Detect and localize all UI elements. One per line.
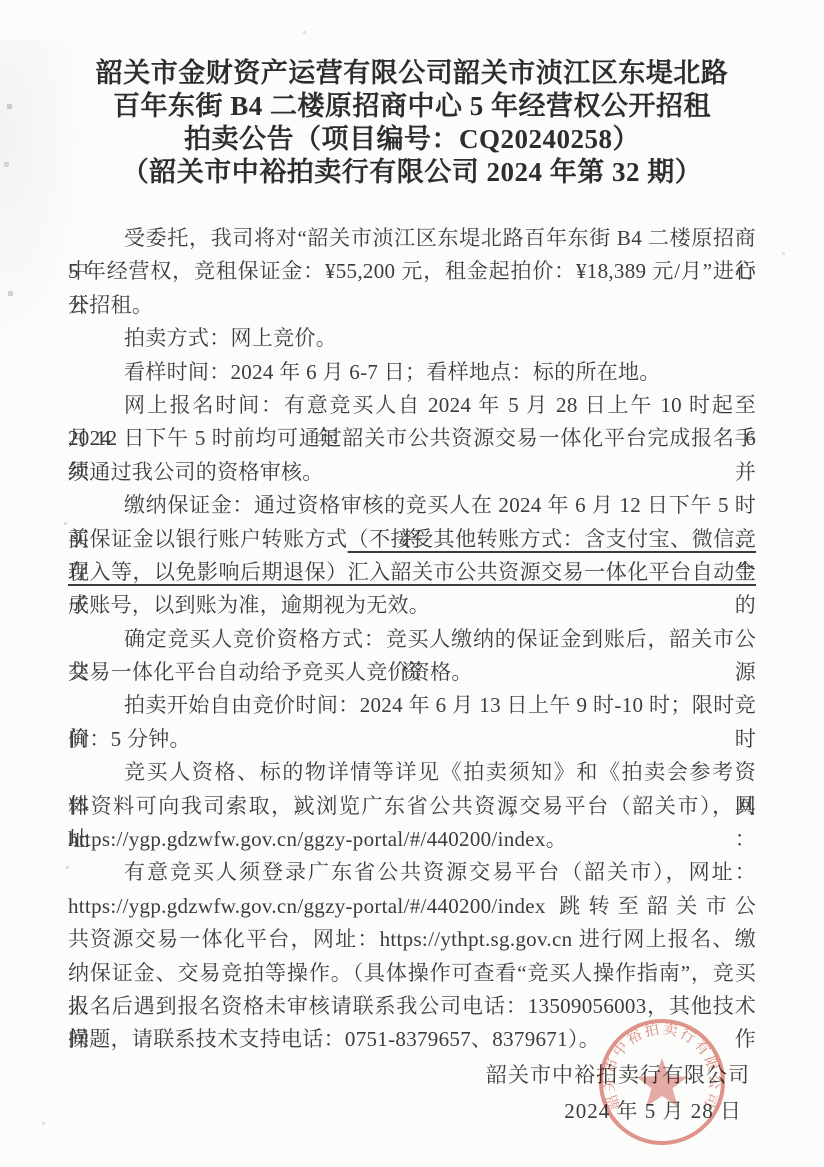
- text-segment: https://ygp.gdzwfw.gov.cn/ggzy-portal/#/…: [68, 894, 756, 918]
- text-segment: 看样时间：2024 年 6 月 6-7 日；看样地点：标的所在地。: [124, 360, 661, 384]
- document-line: 受委托，我司将对“韶关市浈江区东堤北路百年东街 B4 二楼原招商中心: [68, 222, 756, 255]
- title-line: （韶关市中裕拍卖行有限公司 2024 年第 32 期）: [68, 156, 756, 189]
- text-segment: 交易一体化平台自动给予竞买人竞价资格。: [68, 660, 473, 684]
- document-line: https://ygp.gdzwfw.gov.cn/ggzy-portal/#/…: [68, 890, 756, 923]
- title-block: 韶关市金财资产运营有限公司韶关市浈江区东堤北路百年东街 B4 二楼原招商中心 5…: [68, 57, 756, 189]
- title-line: 拍卖公告（项目编号：CQ20240258）: [68, 123, 756, 156]
- text-segment: 子账号，以到账为准，逾期视为无效。: [68, 593, 430, 617]
- text-segment: 共资源交易一体化平台，网址：https://ythpt.sg.gov.cn 进行…: [68, 927, 756, 951]
- text-segment: 买保证金以银行账户转账方式: [68, 527, 348, 551]
- document-line: 拍卖开始自由竞价时间：2024 年 6 月 13 日上午 9 时-10 时；限时…: [68, 689, 756, 722]
- document-line: 纳保证金、交易竞拍等操作。（具体操作可查看“竞买人操作指南”，竞买人: [68, 957, 756, 990]
- document-line: 体资料可向我司索取，或浏览广东省公共资源交易平台（韶关市），网址：: [68, 790, 756, 823]
- document-line: 有意竞买人须登录广东省公共资源交易平台（韶关市），网址：: [68, 856, 756, 889]
- text-segment: 拍卖方式：网上竞价。: [124, 326, 337, 350]
- document-line: 缴纳保证金：通过资格审核的竞买人在 2024 年 6 月 12 日下午 5 时前…: [68, 489, 756, 522]
- document-line: 月 12 日下午 5 时前均可通过韶关市公共资源交易一体化平台完成报名手续并: [68, 422, 756, 455]
- document-line: 开招租。: [68, 289, 756, 322]
- document-line: 确定竞买人竞价资格方式：竞买人缴纳的保证金到账后，韶关市公共资源: [68, 623, 756, 656]
- text-segment: 须通过我公司的资格审核。: [68, 460, 324, 484]
- document-line: 拍卖方式：网上竞价。: [68, 322, 756, 355]
- underlined-text: 存入等，以免影响后期退保）: [68, 560, 348, 584]
- text-segment: 问题，请联系技术支持电话：0751-8379657、8379671）。: [68, 1027, 600, 1051]
- signature-company: 韶关市中裕拍卖行有限公司: [68, 1057, 756, 1093]
- text-segment: 间：5 分钟。: [68, 727, 191, 751]
- document-line: 竞买人资格、标的物详情等详见《拍卖须知》和《拍卖会参考资料》，具: [68, 756, 756, 789]
- title-line: 韶关市金财资产运营有限公司韶关市浈江区东堤北路: [68, 57, 756, 90]
- text-segment: 有意竞买人须登录广东省公共资源交易平台（韶关市），网址：: [124, 860, 756, 884]
- document-line: 报名后遇到报名资格未审核请联系我公司电话：13509056003，其他技术操作: [68, 990, 756, 1023]
- document-line: 看样时间：2024 年 6 月 6-7 日；看样地点：标的所在地。: [68, 356, 756, 389]
- document-line: 5 年经营权，竞租保证金：¥55,200 元，租金起拍价：¥18,389 元/月…: [68, 255, 756, 288]
- document-line: 网上报名时间：有意竞买人自 2024 年 5 月 28 日上午 10 时起至 2…: [68, 389, 756, 422]
- document-line: 存入等，以免影响后期退保）汇入韶关市公共资源交易一体化平台自动生成的: [68, 556, 756, 589]
- signature-date: 2024 年 5 月 28 日: [68, 1093, 756, 1129]
- signature-block: 韶关市中裕拍卖行有限公司 2024 年 5 月 28 日: [68, 1057, 756, 1129]
- text-segment: https://ygp.gdzwfw.gov.cn/ggzy-portal/#/…: [68, 827, 567, 851]
- title-line: 百年东街 B4 二楼原招商中心 5 年经营权公开招租: [68, 90, 756, 123]
- text-segment: 开招租。: [68, 293, 153, 317]
- document-line: 共资源交易一体化平台，网址：https://ythpt.sg.gov.cn 进行…: [68, 923, 756, 956]
- scan-noise-specks: [0, 0, 3, 3]
- body-block: 受委托，我司将对“韶关市浈江区东堤北路百年东街 B4 二楼原招商中心5 年经营权…: [68, 222, 756, 1057]
- document-page: 韶关市金财资产运营有限公司韶关市浈江区东堤北路百年东街 B4 二楼原招商中心 5…: [0, 0, 824, 1167]
- document-line: 买保证金以银行账户转账方式（不接受其他转账方式：含支付宝、微信、现金: [68, 523, 756, 556]
